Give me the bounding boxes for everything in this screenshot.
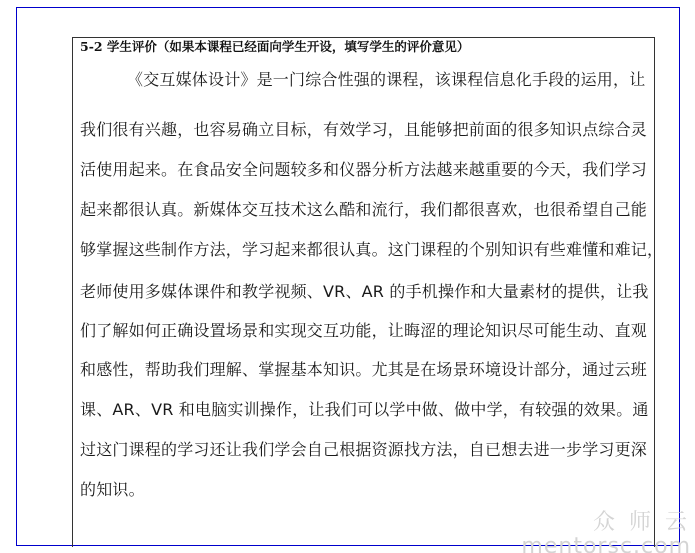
paragraph-line: 活使用起来。在食品安全问题较多和仪器分析方法越来越重要的今天，我们学习 (80, 160, 647, 180)
paragraph-line: 课、AR、VR 和电脑实训操作，让我们可以学中做、做中学，有较强的效果。通 (80, 400, 649, 420)
section-heading: 5-2 学生评价（如果本课程已经面向学生开设，填写学生的评价意见） (80, 39, 469, 55)
paragraph-line: 老师使用多媒体课件和教学视频、VR、AR 的手机操作和大量素材的提供，让我 (80, 282, 649, 302)
paragraph-line: 的知识。 (80, 480, 145, 500)
paragraph-line: 我们很有兴趣，也容易确立目标，有效学习，且能够把前面的很多知识点综合灵 (80, 120, 647, 140)
paragraph-line: 和感性，帮助我们理解、掌握基本知识。尤其是在场景环境设计部分，通过云班 (80, 360, 647, 380)
paragraph-line: 起来都很认真。新媒体交互技术这么酷和流行，我们都很喜欢，也很希望自己能 (80, 200, 647, 220)
paragraph-line: 《交互媒体设计》是一门综合性强的课程，该课程信息化手段的运用，让 (127, 70, 645, 90)
paragraph-line: 够掌握这些制作方法，学习起来都很认真。这门课程的个别知识有些难懂和难记， (80, 240, 663, 260)
paragraph-line: 们了解如何正确设置场景和实现交互功能，让晦涩的理论知识尽可能生动、直观 (80, 321, 647, 341)
paragraph-line: 过这门课程的学习还让我们学会自己根据资源找方法，自已想去进一步学习更深 (80, 440, 647, 460)
